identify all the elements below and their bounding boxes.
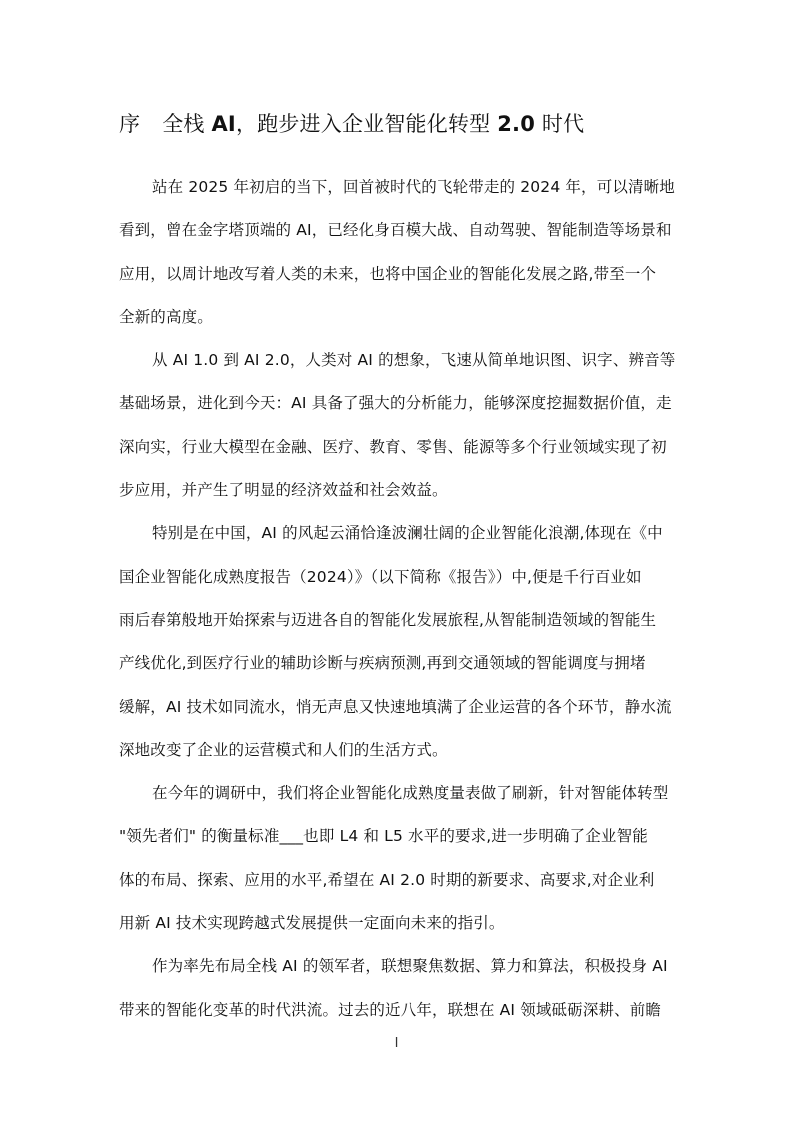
paragraph-2-line-1: 从 AI 1.0 到 AI 2.0，人类对 AI 的想象，飞速从简单地识图、识字… xyxy=(119,345,679,388)
paragraph-5-line-2: 带来的智能化变革的时代洪流。过去的近八年，联想在 AI 领域砥砺深耕、前瞻 xyxy=(119,995,679,1038)
title-prefix: 序 xyxy=(119,112,140,136)
paragraph-2-line-3: 深向实，行业大模型在金融、医疗、教育、零售、能源等多个行业领域实现了初 xyxy=(119,432,679,475)
title-text-3: 时代 xyxy=(535,112,584,136)
paragraph-1-line-2: 看到，曾在金字塔顶端的 AI，已经化身百模大战、自动驾驶、智能制造等场景和 xyxy=(119,215,679,258)
paragraph-2-line-4: 步应用，并产生了明显的经济效益和社会效益。 xyxy=(119,475,679,518)
paragraph-3-line-4: 产线优化,到医疗行业的辅助诊断与疾病预测,再到交通领域的智能调度与拥堵 xyxy=(119,648,679,691)
paragraph-4-line-1: 在今年的调研中，我们将企业智能化成熟度量表做了刷新，针对智能体转型 xyxy=(119,778,679,821)
title-text-2: ，跑步进入企业智能化转型 xyxy=(236,112,497,136)
paragraph-4-line-3: 体的布局、探索、应用的水平,希望在 AI 2.0 时期的新要求、高要求,对企业利 xyxy=(119,865,679,908)
paragraph-3-line-3: 雨后春第般地开始探索与迈进各自的智能化发展旅程,从智能制造领域的智能生 xyxy=(119,605,679,648)
paragraph-3-line-2: 国企业智能化成熟度报告（2024）》（以下简称《报告》）中,便是千行百业如 xyxy=(119,562,679,605)
paragraph-3-line-6: 深地改变了企业的运营模式和人们的生活方式。 xyxy=(119,735,679,778)
title-text-1: 全栈 xyxy=(162,112,211,136)
paragraph-4-line-4: 用新 AI 技术实现跨越式发展提供一定面向未来的指引。 xyxy=(119,908,679,951)
document-page: 序全栈 AI，跑步进入企业智能化转型 2.0 时代 站在 2025 年初启的当下… xyxy=(0,0,793,1122)
page-number: I xyxy=(0,1034,793,1054)
paragraph-2-line-2: 基础场景，进化到今天：AI 具备了强大的分析能力，能够深度挖掘数据价值，走 xyxy=(119,388,679,431)
paragraph-4-line-2: "领先者们" 的衡量标准___也即 L4 和 L5 水平的要求,进一步明确了企业… xyxy=(119,821,679,864)
paragraph-1-line-1: 站在 2025 年初启的当下，回首被时代的飞轮带走的 2024 年，可以清晰地 xyxy=(119,172,679,215)
paragraph-3-line-5: 缓解，AI 技术如同流水，悄无声息又快速地填满了企业运营的各个环节，静水流 xyxy=(119,692,679,735)
title-bold-version: 2.0 xyxy=(497,112,535,136)
paragraph-1-line-3: 应用，以周计地改写着人类的未来，也将中国企业的智能化发展之路,带至一个 xyxy=(119,259,679,302)
paragraph-1-line-4: 全新的高度。 xyxy=(119,302,679,345)
body-text: 站在 2025 年初启的当下，回首被时代的飞轮带走的 2024 年，可以清晰地 … xyxy=(119,172,679,1038)
paragraph-5-line-1: 作为率先布局全栈 AI 的领军者，联想聚焦数据、算力和算法，积极投身 AI xyxy=(119,951,679,994)
paragraph-3-line-1: 特别是在中国，AI 的风起云涌恰逢波澜壮阔的企业智能化浪潮,体现在《中 xyxy=(119,518,679,561)
section-title: 序全栈 AI，跑步进入企业智能化转型 2.0 时代 xyxy=(119,109,584,139)
title-bold-ai: AI xyxy=(211,112,235,136)
